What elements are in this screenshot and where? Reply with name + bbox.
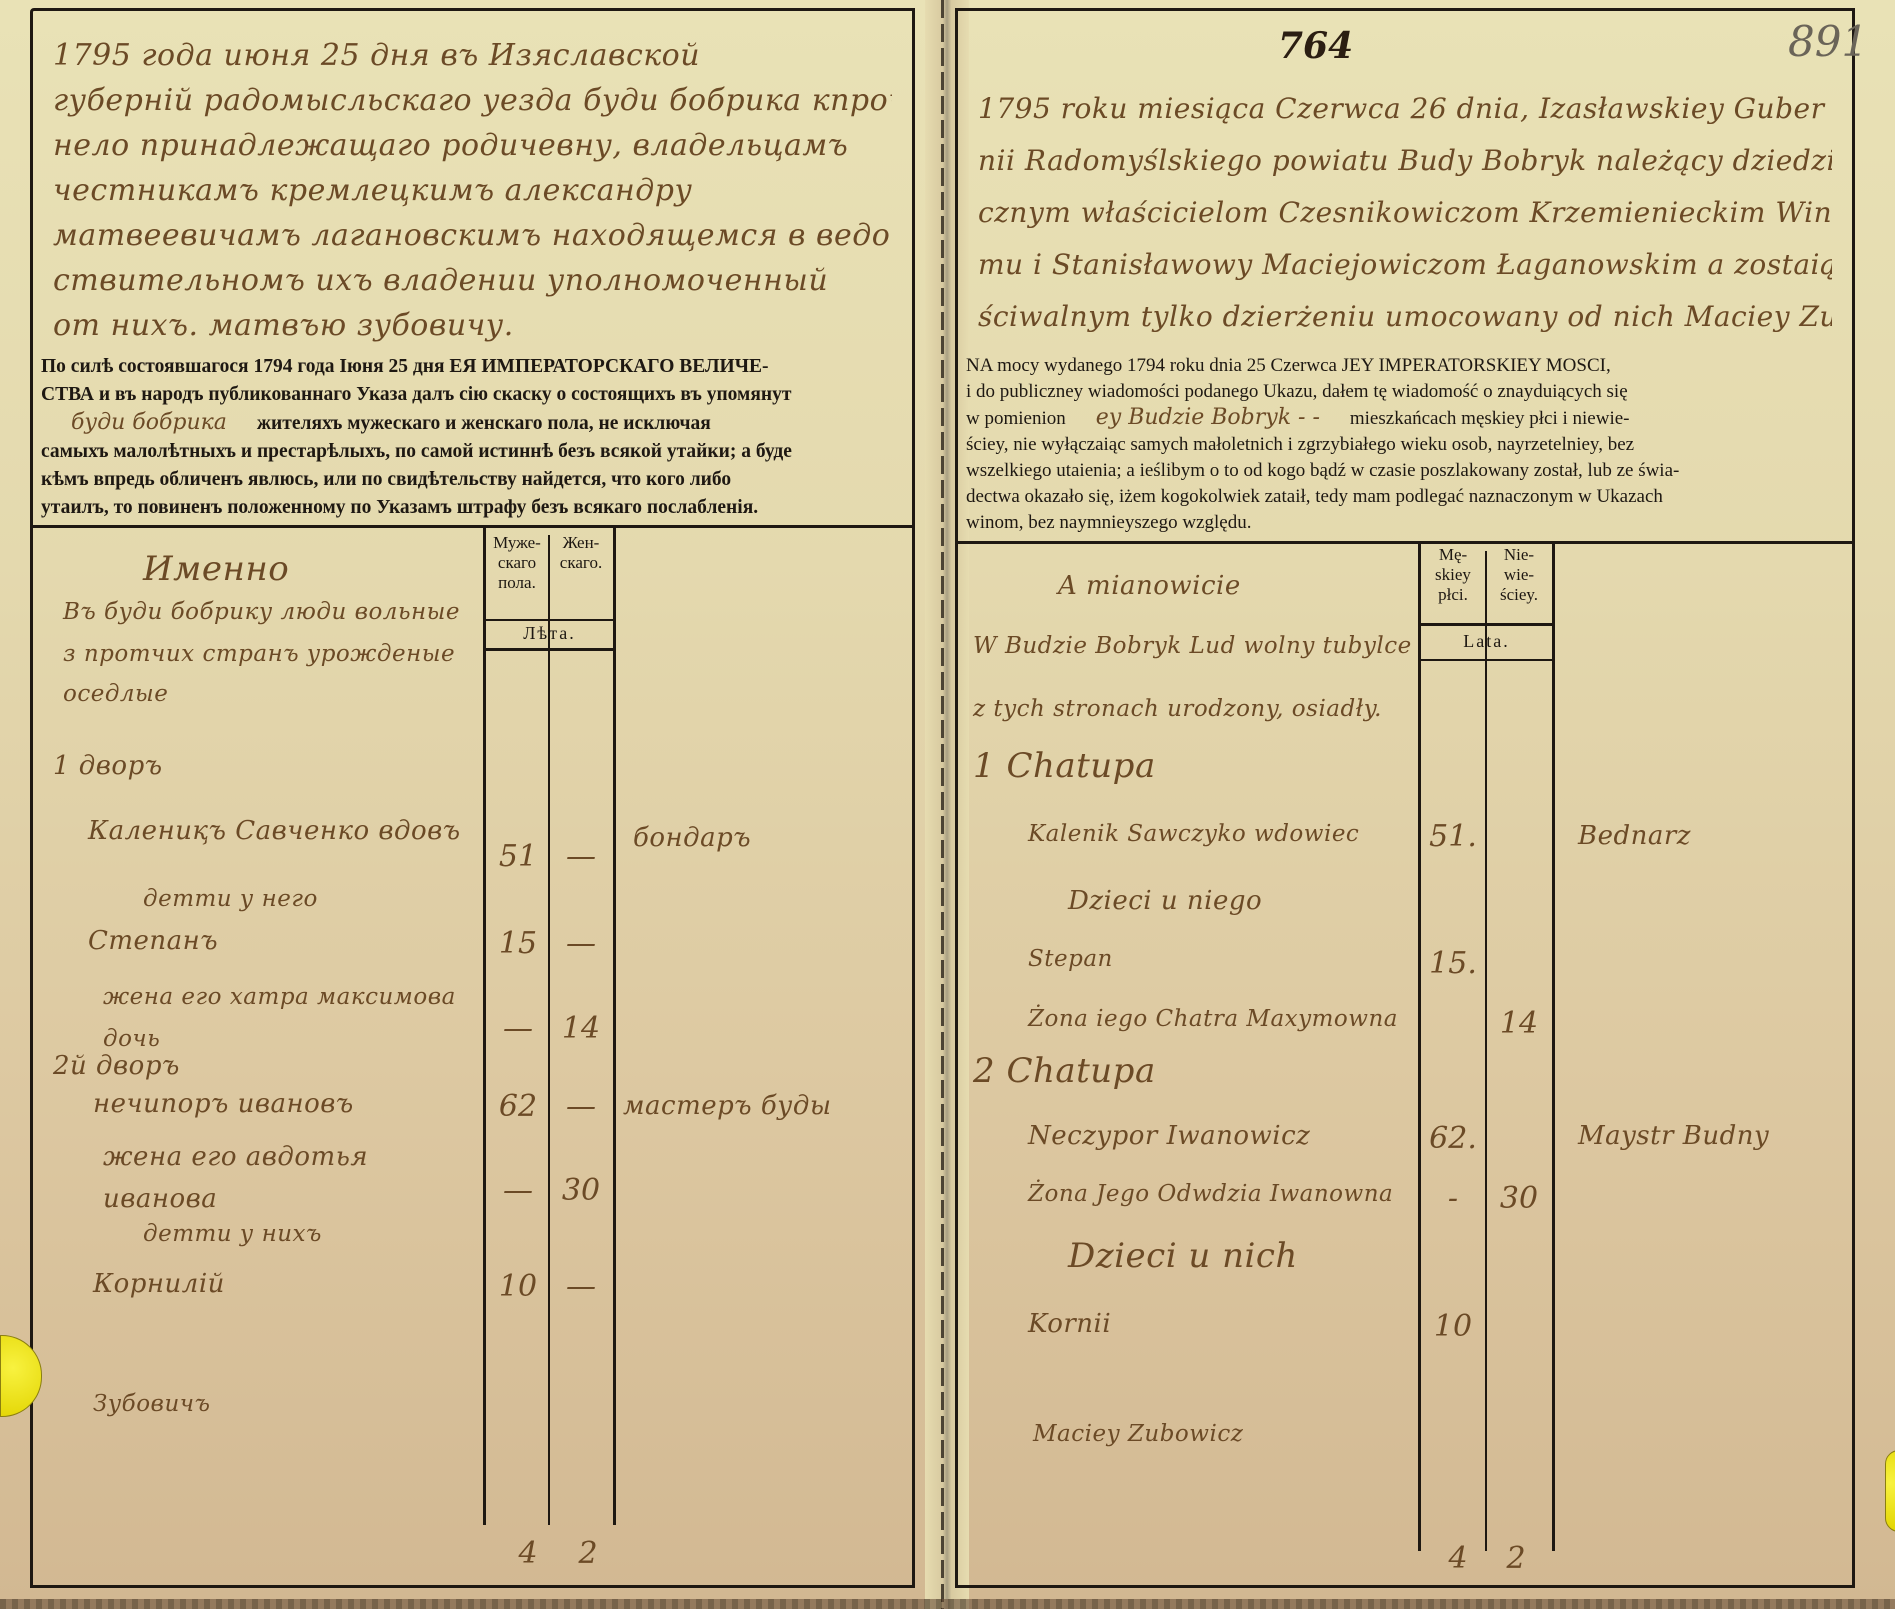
header-line: ствительномъ ихъ владении уполномоченный	[53, 258, 892, 303]
declaration-line: w pomienion	[966, 408, 1066, 429]
binding-stitch	[941, 0, 944, 1609]
declaration-line: самыхъ малолѣтныхъ и престарѣлыхъ, по са…	[41, 438, 904, 466]
total-male: 4	[1428, 1541, 1488, 1576]
female-age: —	[551, 1269, 611, 1304]
right-handwritten-header: 1795 roku miesiąca Czerwca 26 dnia, Izas…	[978, 83, 1832, 343]
declaration-line: ściey, nie wyłączaiąc samych małoletnich…	[966, 432, 1844, 458]
right-page: 764 891 1795 roku miesiąca Czerwca 26 dn…	[955, 8, 1855, 1588]
column-line	[483, 525, 486, 1525]
left-page: 1795 года июня 25 дня въ Изяславской губ…	[30, 8, 915, 1588]
total-male: 4	[498, 1536, 558, 1571]
household-label: 2й дворъ	[53, 1051, 180, 1081]
declaration-line: winom, bez naymnieyszego względu.	[966, 510, 1844, 536]
person-name: Stepan	[1028, 946, 1113, 972]
header-rule	[485, 648, 613, 651]
subheading: детти у нихъ	[143, 1221, 322, 1247]
header-line: nii Radomyślskiego powiatu Budy Bobryk n…	[978, 135, 1832, 187]
total-female: 2	[558, 1536, 618, 1571]
female-age: —	[551, 839, 611, 874]
declaration-line: NA mocy wydanego 1794 roku dnia 25 Czerw…	[966, 353, 1844, 379]
person-name: Корнилій	[93, 1269, 225, 1299]
book-spread: 1795 года июня 25 дня въ Изяславской губ…	[0, 0, 1895, 1609]
page-number: 764	[1278, 25, 1353, 67]
declaration-line: утаилъ, то повиненъ положенному по Указа…	[41, 494, 904, 522]
signature: Maciey Zubowicz	[1033, 1421, 1243, 1447]
female-column-header: Жен- скаго.	[550, 533, 612, 573]
header-line: матвеевичамъ лагановскимъ находящемся в …	[53, 213, 892, 258]
divider-rule	[958, 541, 1852, 544]
person-name: Степанъ	[88, 926, 218, 956]
male-column-header: Муже- скаго пола.	[486, 533, 548, 593]
column-line	[1418, 541, 1421, 1551]
person-name: Żona Jego Odwdzia Iwanowna	[1028, 1181, 1393, 1207]
declaration-line: mieszkańcach męskiey płci i niewie-	[1350, 408, 1630, 429]
male-age: —	[488, 1173, 548, 1208]
header-line: честникамъ кремлецкимъ александру	[53, 168, 892, 213]
female-age: 30	[551, 1173, 611, 1208]
divider-rule	[33, 525, 912, 528]
male-column-header: Mę- skiey płci.	[1421, 545, 1485, 605]
household-label: 1 дворъ	[53, 751, 163, 781]
person-name: Калениқъ Савченко вдовъ	[88, 811, 468, 851]
person-name: нечипоръ ивановъ	[93, 1089, 354, 1119]
female-age: 14	[551, 1011, 611, 1046]
declaration-line: По силѣ состоявшагося 1794 года Іюня 25 …	[41, 353, 904, 381]
declaration-line: wszelkiego utaienia; a ieślibym o to od …	[966, 458, 1844, 484]
header-line: 1795 года июня 25 дня въ Изяславской	[53, 33, 892, 78]
total-female: 2	[1486, 1541, 1546, 1576]
column-line	[1552, 541, 1555, 1551]
declaration-line: кѣмъ впредь обличенъ явлюсь, или по свид…	[41, 466, 904, 494]
occupation: Maystr Budny	[1578, 1121, 1769, 1151]
header-rule	[1420, 659, 1552, 661]
person-name: жена его авдотья иванова	[103, 1136, 463, 1220]
signature: Зубовичъ	[93, 1391, 210, 1417]
header-line: нело принадлежащаго родичевну, владельца…	[53, 123, 892, 168]
column-line	[548, 535, 550, 1525]
left-handwritten-header: 1795 года июня 25 дня въ Изяславской губ…	[53, 33, 892, 348]
female-age: 14	[1489, 1006, 1549, 1041]
header-line: ściwalnym tylko dzierżeniu umocowany od …	[978, 291, 1832, 343]
male-age: 62	[488, 1089, 548, 1124]
header-line: cznym właścicielom Czesnikowiczom Krzemi…	[978, 187, 1832, 239]
female-age: —	[551, 1089, 611, 1124]
intro-line: оседлые	[63, 681, 168, 707]
column-line	[1485, 551, 1487, 1551]
male-age: 51.	[1423, 819, 1483, 854]
header-rule	[1420, 623, 1552, 626]
male-age: 51	[488, 839, 548, 874]
declaration-line: i do publiczney wiadomości podanego Ukaz…	[966, 379, 1844, 405]
declaration-line: СТВА и въ народъ публикованнаго Указа да…	[41, 381, 904, 409]
right-printed-declaration: NA mocy wydanego 1794 roku dnia 25 Czerw…	[958, 353, 1852, 538]
header-line: 1795 roku miesiąca Czerwca 26 dnia, Izas…	[978, 83, 1832, 135]
male-age: 10	[1423, 1309, 1483, 1344]
male-age: 15.	[1423, 946, 1483, 981]
header-line: губерній радомысльскаго уезда буди бобри…	[53, 78, 892, 123]
ages-label: Lata.	[1421, 631, 1552, 652]
page-edge	[0, 1599, 1895, 1609]
household-label: 2 Chatupa	[973, 1051, 1156, 1091]
intro-line: W Budzie Bobryk Lud wolny tubylce	[973, 633, 1412, 659]
ages-label: Лѣта.	[486, 623, 613, 644]
occupation: бондаръ	[633, 823, 751, 853]
declaration-line: dectwa okazało się, iżem kogokolwiek zat…	[966, 484, 1844, 510]
person-name: Żona iego Chatra Maxymowna	[1028, 1006, 1398, 1032]
intro-line: Въ буди бобрику люди вольные	[63, 599, 460, 625]
occupation: мастеръ буды	[623, 1091, 832, 1121]
person-name: жена его хатра максимова дочь	[103, 976, 473, 1060]
header-rule	[485, 619, 613, 621]
male-age: -	[1423, 1181, 1483, 1216]
intro-line: z tych stronach urodzony, osiadły.	[973, 696, 1382, 722]
female-column-header: Nie- wie- ściey.	[1487, 545, 1551, 605]
person-name: Kornii	[1028, 1309, 1111, 1339]
yellow-tab-marker	[1885, 1450, 1895, 1532]
person-name: Neczypor Iwanowicz	[1028, 1121, 1310, 1151]
intro-title: A mianowicie	[1058, 571, 1241, 601]
male-age: 10	[488, 1269, 548, 1304]
household-label: 1 Chatupa	[973, 746, 1156, 786]
person-name: Kalenik Sawczyko wdowiec	[1028, 821, 1359, 847]
male-age: —	[488, 1011, 548, 1046]
folio-number: 891	[1788, 17, 1868, 66]
occupation: Bednarz	[1578, 821, 1691, 851]
header-line: от нихъ. матвъю зубовичу.	[53, 303, 892, 348]
column-line	[613, 525, 616, 1525]
female-age: 30	[1489, 1181, 1549, 1216]
left-printed-declaration: По силѣ состоявшагося 1794 года Іюня 25 …	[33, 353, 912, 523]
header-line: mu i Stanisławowy Maciejowiczom Łaganows…	[978, 239, 1832, 291]
handwritten-fill: буди бобрика	[41, 410, 257, 435]
male-age: 62.	[1423, 1121, 1483, 1156]
subheading: Dzieci u niego	[1068, 886, 1262, 916]
male-age: 15	[488, 926, 548, 961]
subheading: Dzieci u nich	[1068, 1236, 1298, 1276]
subheading: детти у него	[143, 886, 318, 912]
female-age: —	[551, 926, 611, 961]
intro-title: Именно	[143, 549, 289, 589]
handwritten-fill: ey Budzie Bobryk - -	[1066, 405, 1350, 430]
intro-line: з протчих странъ урожденые	[63, 641, 455, 667]
declaration-line: жителяхъ мужескаго и женскаго пола, не и…	[257, 413, 711, 434]
